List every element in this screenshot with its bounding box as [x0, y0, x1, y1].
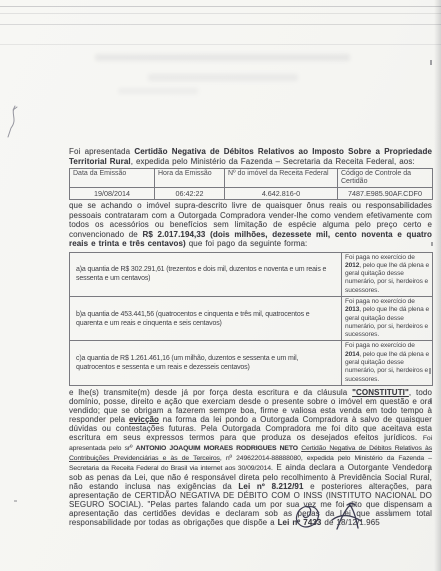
bleedthrough-line	[0, 6, 441, 7]
scan-artifact	[428, 468, 430, 473]
payment-year: 2013	[345, 306, 359, 313]
bleedthrough-text	[148, 74, 298, 81]
installment-payment-note: Foi paga no exercício de 2012, pelo que …	[342, 252, 433, 296]
certificate-details-table: Data da Emissão Hora da Emissão Nº do im…	[69, 168, 433, 200]
clausula-constituti: "CONSTITUTI"	[352, 388, 409, 397]
scan-artifact	[430, 60, 432, 65]
cell-numero-imovel: 4.642.816-0	[225, 188, 338, 200]
deed-text-block: Foi apresentada Certidão Negativa de Déb…	[69, 147, 432, 527]
payment-schedule-table: a)a quantia de R$ 302.291,61 (trezentos …	[69, 252, 433, 386]
cell-hora-emissao: 06:42:22	[155, 188, 225, 200]
cell-data-emissao: 19/08/2014	[70, 188, 155, 200]
text-run: que foi pago da seguinte forma:	[186, 239, 308, 248]
lei-8212-ref: Lei nº 8.212/91	[238, 482, 303, 491]
installment-payment-note: Foi paga no exercício de 2014, pelo que …	[342, 341, 433, 385]
col-data-emissao: Data da Emissão	[70, 169, 155, 188]
scan-artifact	[431, 242, 433, 246]
col-numero-imovel: Nº do imóvel da Receita Federal	[225, 169, 338, 188]
presenter-name: ANTONIO JOAQUIM MORAES RODRIGUES NETO	[136, 445, 302, 452]
eviccao-term: evicção	[129, 415, 159, 424]
col-codigo-controle: Código de Controle da Certidão	[338, 169, 433, 188]
paragraph-price: que se achando o imóvel supra-descrito l…	[69, 201, 432, 249]
installment-amount: c)a quantia de R$ 1.261.461,16 (um milhã…	[70, 341, 342, 385]
text-run: Foi paga no exercício de	[345, 298, 415, 305]
pen-tick	[389, 509, 391, 515]
payment-year: 2014	[345, 351, 359, 358]
rubric-circled-initial	[297, 506, 319, 526]
text-run: Foi paga no exercício de	[345, 342, 415, 349]
bleedthrough-text	[118, 88, 198, 94]
payment-year: 2012	[345, 262, 359, 269]
bleedthrough-text	[95, 54, 350, 61]
rubric-crossed-initial	[332, 504, 361, 530]
installment-payment-note: Foi paga no exercício de 2013, pelo que …	[342, 296, 433, 340]
text-run: Foi apresentada	[69, 147, 134, 156]
scan-artifact	[14, 500, 17, 502]
installment-amount: b)a quantia de 453.441,56 (quatrocentos …	[70, 296, 342, 340]
handwritten-initials	[293, 501, 403, 537]
scan-artifact	[430, 398, 432, 403]
text-run: e lhe(s) transmite(m) desde já por força…	[69, 388, 352, 397]
table-header-row: Data da Emissão Hora da Emissão Nº do im…	[70, 169, 433, 188]
text-run: , expedida pelo Ministério da Fazenda – …	[131, 157, 415, 166]
installment-amount: a)a quantia de R$ 302.291,61 (trezentos …	[70, 252, 342, 296]
table-row-installment-a: a)a quantia de R$ 302.291,61 (trezentos …	[70, 252, 433, 296]
paragraph-certidao-itr: Foi apresentada Certidão Negativa de Déb…	[69, 147, 432, 166]
scan-artifact	[429, 368, 431, 374]
bleedthrough-line	[0, 44, 441, 45]
cell-codigo-controle: 7487.E985.90AF.CDF0	[338, 188, 433, 200]
table-row: 19/08/2014 06:42:22 4.642.816-0 7487.E98…	[70, 188, 433, 200]
bleedthrough-line	[0, 24, 441, 25]
margin-pen-mark	[2, 104, 24, 146]
scanned-deed-page: Foi apresentada Certidão Negativa de Déb…	[0, 0, 441, 571]
text-run: Foi paga no exercício de	[345, 254, 415, 261]
col-hora-emissao: Hora da Emissão	[155, 169, 225, 188]
table-row-installment-c: c)a quantia de R$ 1.261.461,16 (um milhã…	[70, 341, 433, 385]
table-row-installment-b: b)a quantia de 453.441,56 (quatrocentos …	[70, 296, 433, 340]
bleedthrough-line	[0, 13, 441, 14]
